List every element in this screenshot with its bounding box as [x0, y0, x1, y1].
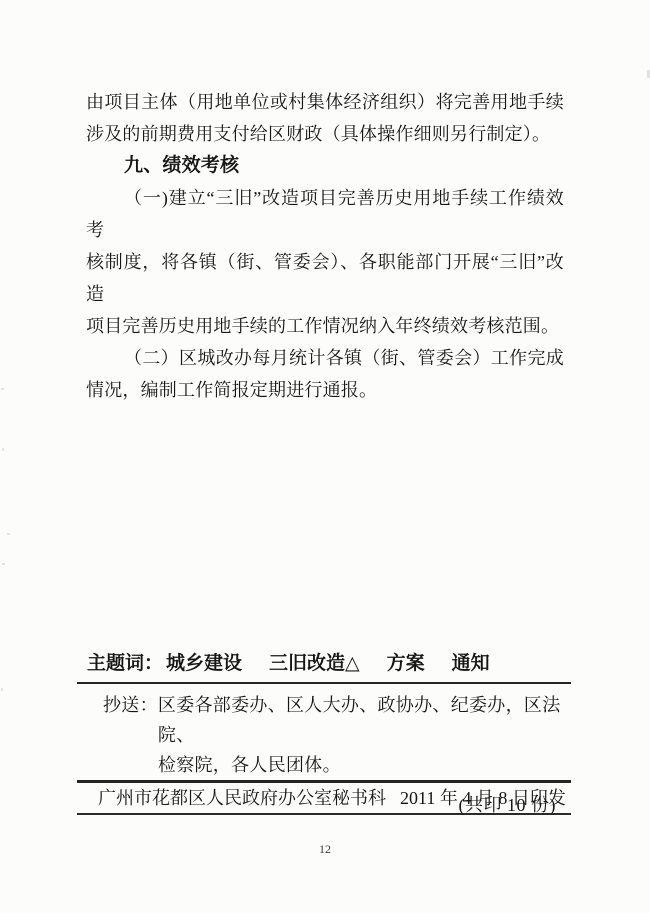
cc-line: 检察院，各人民团体。: [158, 755, 341, 775]
scan-artifact: [2, 563, 5, 565]
issuer-name: 广州市花都区人民政府办公室秘书科: [98, 785, 386, 811]
cc-line: 区委各部委办、区人大办、政协办、纪委办，区法院、: [158, 695, 561, 745]
body-line: （一)建立“三旧”改造项目完善历史用地手续工作绩效考: [86, 182, 564, 246]
section-heading: 九、绩效考核: [86, 150, 564, 182]
subject-term: 城乡建设: [166, 653, 242, 674]
document-page: 由项目主体（用地单位或村集体经济组织）将完善用地手续 涉及的前期费用支付给区财政…: [0, 0, 650, 913]
scan-artifact: [1, 688, 3, 691]
cc-recipients: 区委各部委办、区人大办、政协办、纪委办，区法院、 检察院，各人民团体。: [158, 690, 571, 780]
page-number: 12: [0, 841, 650, 857]
scan-artifact: [2, 448, 4, 451]
scan-artifact: [1, 388, 4, 390]
document-footer-block: 主题词：城乡建设三旧改造△方案通知 抄送： 区委各部委办、区人大办、政协办、纪委…: [77, 646, 571, 815]
document-body: 由项目主体（用地单位或村集体经济组织）将完善用地手续 涉及的前期费用支付给区财政…: [86, 86, 564, 406]
copies-note: (共印 10 份): [459, 792, 557, 818]
subject-term: 三旧改造△: [269, 653, 360, 674]
cc-row: 抄送： 区委各部委办、区人大办、政协办、纪委办，区法院、 检察院，各人民团体。: [77, 684, 571, 783]
body-line: 由项目主体（用地单位或村集体经济组织）将完善用地手续: [86, 86, 564, 118]
body-line: （二）区城改办每月统计各镇（街、管委会）工作完成: [86, 342, 564, 374]
subject-label: 主题词：: [87, 653, 163, 674]
body-line: 核制度，将各镇（街、管委会）、各职能部门开展“三旧”改造: [86, 246, 564, 310]
subject-term: 方案: [387, 653, 425, 674]
subject-keywords-row: 主题词：城乡建设三旧改造△方案通知: [77, 646, 571, 684]
cc-label: 抄送：: [103, 690, 158, 780]
subject-term: 通知: [452, 653, 490, 674]
scan-artifact: [7, 533, 10, 535]
body-line: 情况，编制工作简报定期进行通报。: [86, 374, 564, 406]
body-line: 项目完善历史用地手续的工作情况纳入年终绩效考核范围。: [86, 310, 564, 342]
body-line: 涉及的前期费用支付给区财政（具体操作细则另行制定）。: [86, 118, 564, 150]
